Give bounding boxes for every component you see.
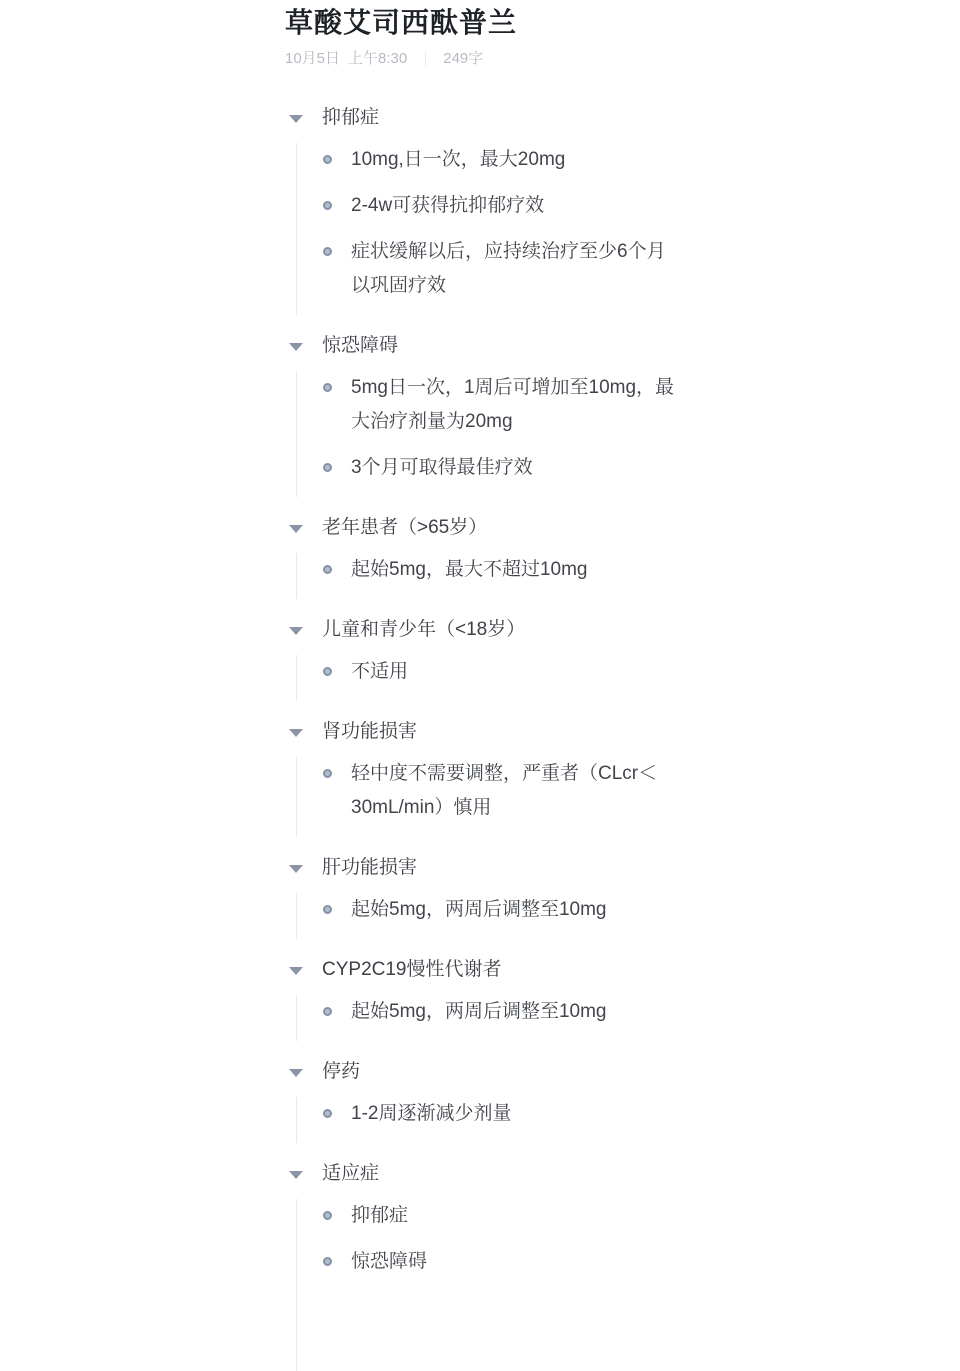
item-text[interactable]: 起始5mg，两周后调整至10mg xyxy=(351,893,683,927)
note-meta: 10月5日 上午8:30 ｜ 249字 xyxy=(285,48,683,70)
section-header: 老年患者（>65岁） xyxy=(285,511,683,545)
section-children: 5mg日一次，1周后可增加至10mg，最大治疗剂量为20mg 3个月可取得最佳疗… xyxy=(296,371,683,497)
collapse-triangle-icon[interactable] xyxy=(289,715,303,749)
outline-section: 肝功能损害 起始5mg，两周后调整至10mg xyxy=(285,851,683,939)
outline-section: CYP2C19慢性代谢者 起始5mg，两周后调整至10mg xyxy=(285,953,683,1041)
bullet-dot-icon[interactable] xyxy=(323,1109,332,1118)
section-label[interactable]: 适应症 xyxy=(322,1157,379,1191)
collapse-triangle-icon[interactable] xyxy=(289,953,303,987)
section-children: 10mg,日一次，最大20mg 2-4w可获得抗抑郁疗效 症状缓解以后，应持续治… xyxy=(296,143,683,315)
bullet-dot-icon[interactable] xyxy=(323,201,332,210)
note-time: 上午8:30 xyxy=(348,48,407,70)
list-item: 轻中度不需要调整，严重者（CLcr＜30mL/min）慎用 xyxy=(323,757,683,837)
section-children: 不适用 xyxy=(296,655,683,701)
collapse-triangle-icon[interactable] xyxy=(289,1055,303,1089)
bullet-dot-icon[interactable] xyxy=(323,247,332,256)
bullet-dot-icon[interactable] xyxy=(323,1007,332,1016)
list-item: 2-4w可获得抗抑郁疗效 xyxy=(323,189,683,235)
section-header: 肾功能损害 xyxy=(285,715,683,749)
bullet-dot-icon[interactable] xyxy=(323,1211,332,1220)
collapse-triangle-icon[interactable] xyxy=(289,1157,303,1191)
section-header: 肝功能损害 xyxy=(285,851,683,885)
bullet-dot-icon[interactable] xyxy=(323,667,332,676)
list-item: 起始5mg，两周后调整至10mg xyxy=(323,995,683,1041)
item-text[interactable]: 1-2周逐渐减少剂量 xyxy=(351,1097,683,1131)
item-text[interactable]: 10mg,日一次，最大20mg xyxy=(351,143,683,177)
item-text[interactable]: 抑郁症 xyxy=(351,1199,683,1233)
section-children: 起始5mg，最大不超过10mg xyxy=(296,553,683,599)
outline-section: 抑郁症 10mg,日一次，最大20mg 2-4w可获得抗抑郁疗效 症状缓解以后，… xyxy=(285,101,683,315)
list-item: 症状缓解以后，应持续治疗至少6个月以巩固疗效 xyxy=(323,235,683,315)
list-item: 起始5mg，两周后调整至10mg xyxy=(323,893,683,939)
collapse-triangle-icon[interactable] xyxy=(289,329,303,363)
list-item: 10mg,日一次，最大20mg xyxy=(323,143,683,189)
section-header: 抑郁症 xyxy=(285,101,683,135)
bullet-dot-icon[interactable] xyxy=(323,769,332,778)
bullet-dot-icon[interactable] xyxy=(323,1257,332,1266)
item-text[interactable]: 2-4w可获得抗抑郁疗效 xyxy=(351,189,683,223)
list-item: 抑郁症 xyxy=(323,1199,683,1245)
page: { "document": { "title": "草酸艾司西酞普兰", "me… xyxy=(0,0,960,1280)
list-item: 3个月可取得最佳疗效 xyxy=(323,451,683,497)
section-label[interactable]: 惊恐障碍 xyxy=(322,329,398,363)
item-text[interactable]: 5mg日一次，1周后可增加至10mg，最大治疗剂量为20mg xyxy=(351,371,683,439)
word-count: 249字 xyxy=(443,48,483,70)
section-label[interactable]: 肝功能损害 xyxy=(322,851,417,885)
bullet-dot-icon[interactable] xyxy=(323,565,332,574)
outline-section: 停药 1-2周逐渐减少剂量 xyxy=(285,1055,683,1143)
section-label[interactable]: 停药 xyxy=(322,1055,360,1089)
section-header: 停药 xyxy=(285,1055,683,1089)
section-children: 起始5mg，两周后调整至10mg xyxy=(296,995,683,1041)
item-text[interactable]: 起始5mg，两周后调整至10mg xyxy=(351,995,683,1029)
list-item: 不适用 xyxy=(323,655,683,701)
list-item: 5mg日一次，1周后可增加至10mg，最大治疗剂量为20mg xyxy=(323,371,683,451)
bullet-dot-icon[interactable] xyxy=(323,155,332,164)
outline-section: 适应症 抑郁症 惊恐障碍 xyxy=(285,1157,683,1280)
section-children: 抑郁症 惊恐障碍 xyxy=(296,1199,683,1280)
outline-section: 惊恐障碍 5mg日一次，1周后可增加至10mg，最大治疗剂量为20mg 3个月可… xyxy=(285,329,683,497)
collapse-triangle-icon[interactable] xyxy=(289,101,303,135)
bullet-dot-icon[interactable] xyxy=(323,383,332,392)
collapse-triangle-icon[interactable] xyxy=(289,851,303,885)
list-item: 惊恐障碍 xyxy=(323,1245,683,1280)
section-label[interactable]: CYP2C19慢性代谢者 xyxy=(322,953,502,987)
section-header: 儿童和青少年（<18岁） xyxy=(285,613,683,647)
section-label[interactable]: 老年患者（>65岁） xyxy=(322,511,487,545)
note-document: 草酸艾司西酞普兰 10月5日 上午8:30 ｜ 249字 抑郁症 10mg,日一… xyxy=(285,0,683,1280)
item-text[interactable]: 3个月可取得最佳疗效 xyxy=(351,451,683,485)
list-item: 1-2周逐渐减少剂量 xyxy=(323,1097,683,1143)
section-label[interactable]: 抑郁症 xyxy=(322,101,379,135)
section-children: 1-2周逐渐减少剂量 xyxy=(296,1097,683,1143)
meta-divider: ｜ xyxy=(418,48,432,70)
section-label[interactable]: 肾功能损害 xyxy=(322,715,417,749)
section-header: 适应症 xyxy=(285,1157,683,1191)
list-item: 起始5mg，最大不超过10mg xyxy=(323,553,683,599)
section-children: 轻中度不需要调整，严重者（CLcr＜30mL/min）慎用 xyxy=(296,757,683,837)
item-text[interactable]: 起始5mg，最大不超过10mg xyxy=(351,553,683,587)
collapse-triangle-icon[interactable] xyxy=(289,511,303,545)
item-text[interactable]: 惊恐障碍 xyxy=(351,1245,683,1279)
bullet-dot-icon[interactable] xyxy=(323,463,332,472)
note-date: 10月5日 xyxy=(285,48,340,70)
bullet-dot-icon[interactable] xyxy=(323,905,332,914)
section-label[interactable]: 儿童和青少年（<18岁） xyxy=(322,613,525,647)
outline-list: 抑郁症 10mg,日一次，最大20mg 2-4w可获得抗抑郁疗效 症状缓解以后，… xyxy=(285,101,683,1280)
section-header: CYP2C19慢性代谢者 xyxy=(285,953,683,987)
section-header: 惊恐障碍 xyxy=(285,329,683,363)
page-title[interactable]: 草酸艾司西酞普兰 xyxy=(285,0,683,43)
item-text[interactable]: 轻中度不需要调整，严重者（CLcr＜30mL/min）慎用 xyxy=(351,757,683,825)
item-text[interactable]: 不适用 xyxy=(351,655,683,689)
outline-section: 老年患者（>65岁） 起始5mg，最大不超过10mg xyxy=(285,511,683,599)
collapse-triangle-icon[interactable] xyxy=(289,613,303,647)
item-text[interactable]: 症状缓解以后，应持续治疗至少6个月以巩固疗效 xyxy=(351,235,683,303)
section-children: 起始5mg，两周后调整至10mg xyxy=(296,893,683,939)
outline-section: 儿童和青少年（<18岁） 不适用 xyxy=(285,613,683,701)
outline-section: 肾功能损害 轻中度不需要调整，严重者（CLcr＜30mL/min）慎用 xyxy=(285,715,683,837)
